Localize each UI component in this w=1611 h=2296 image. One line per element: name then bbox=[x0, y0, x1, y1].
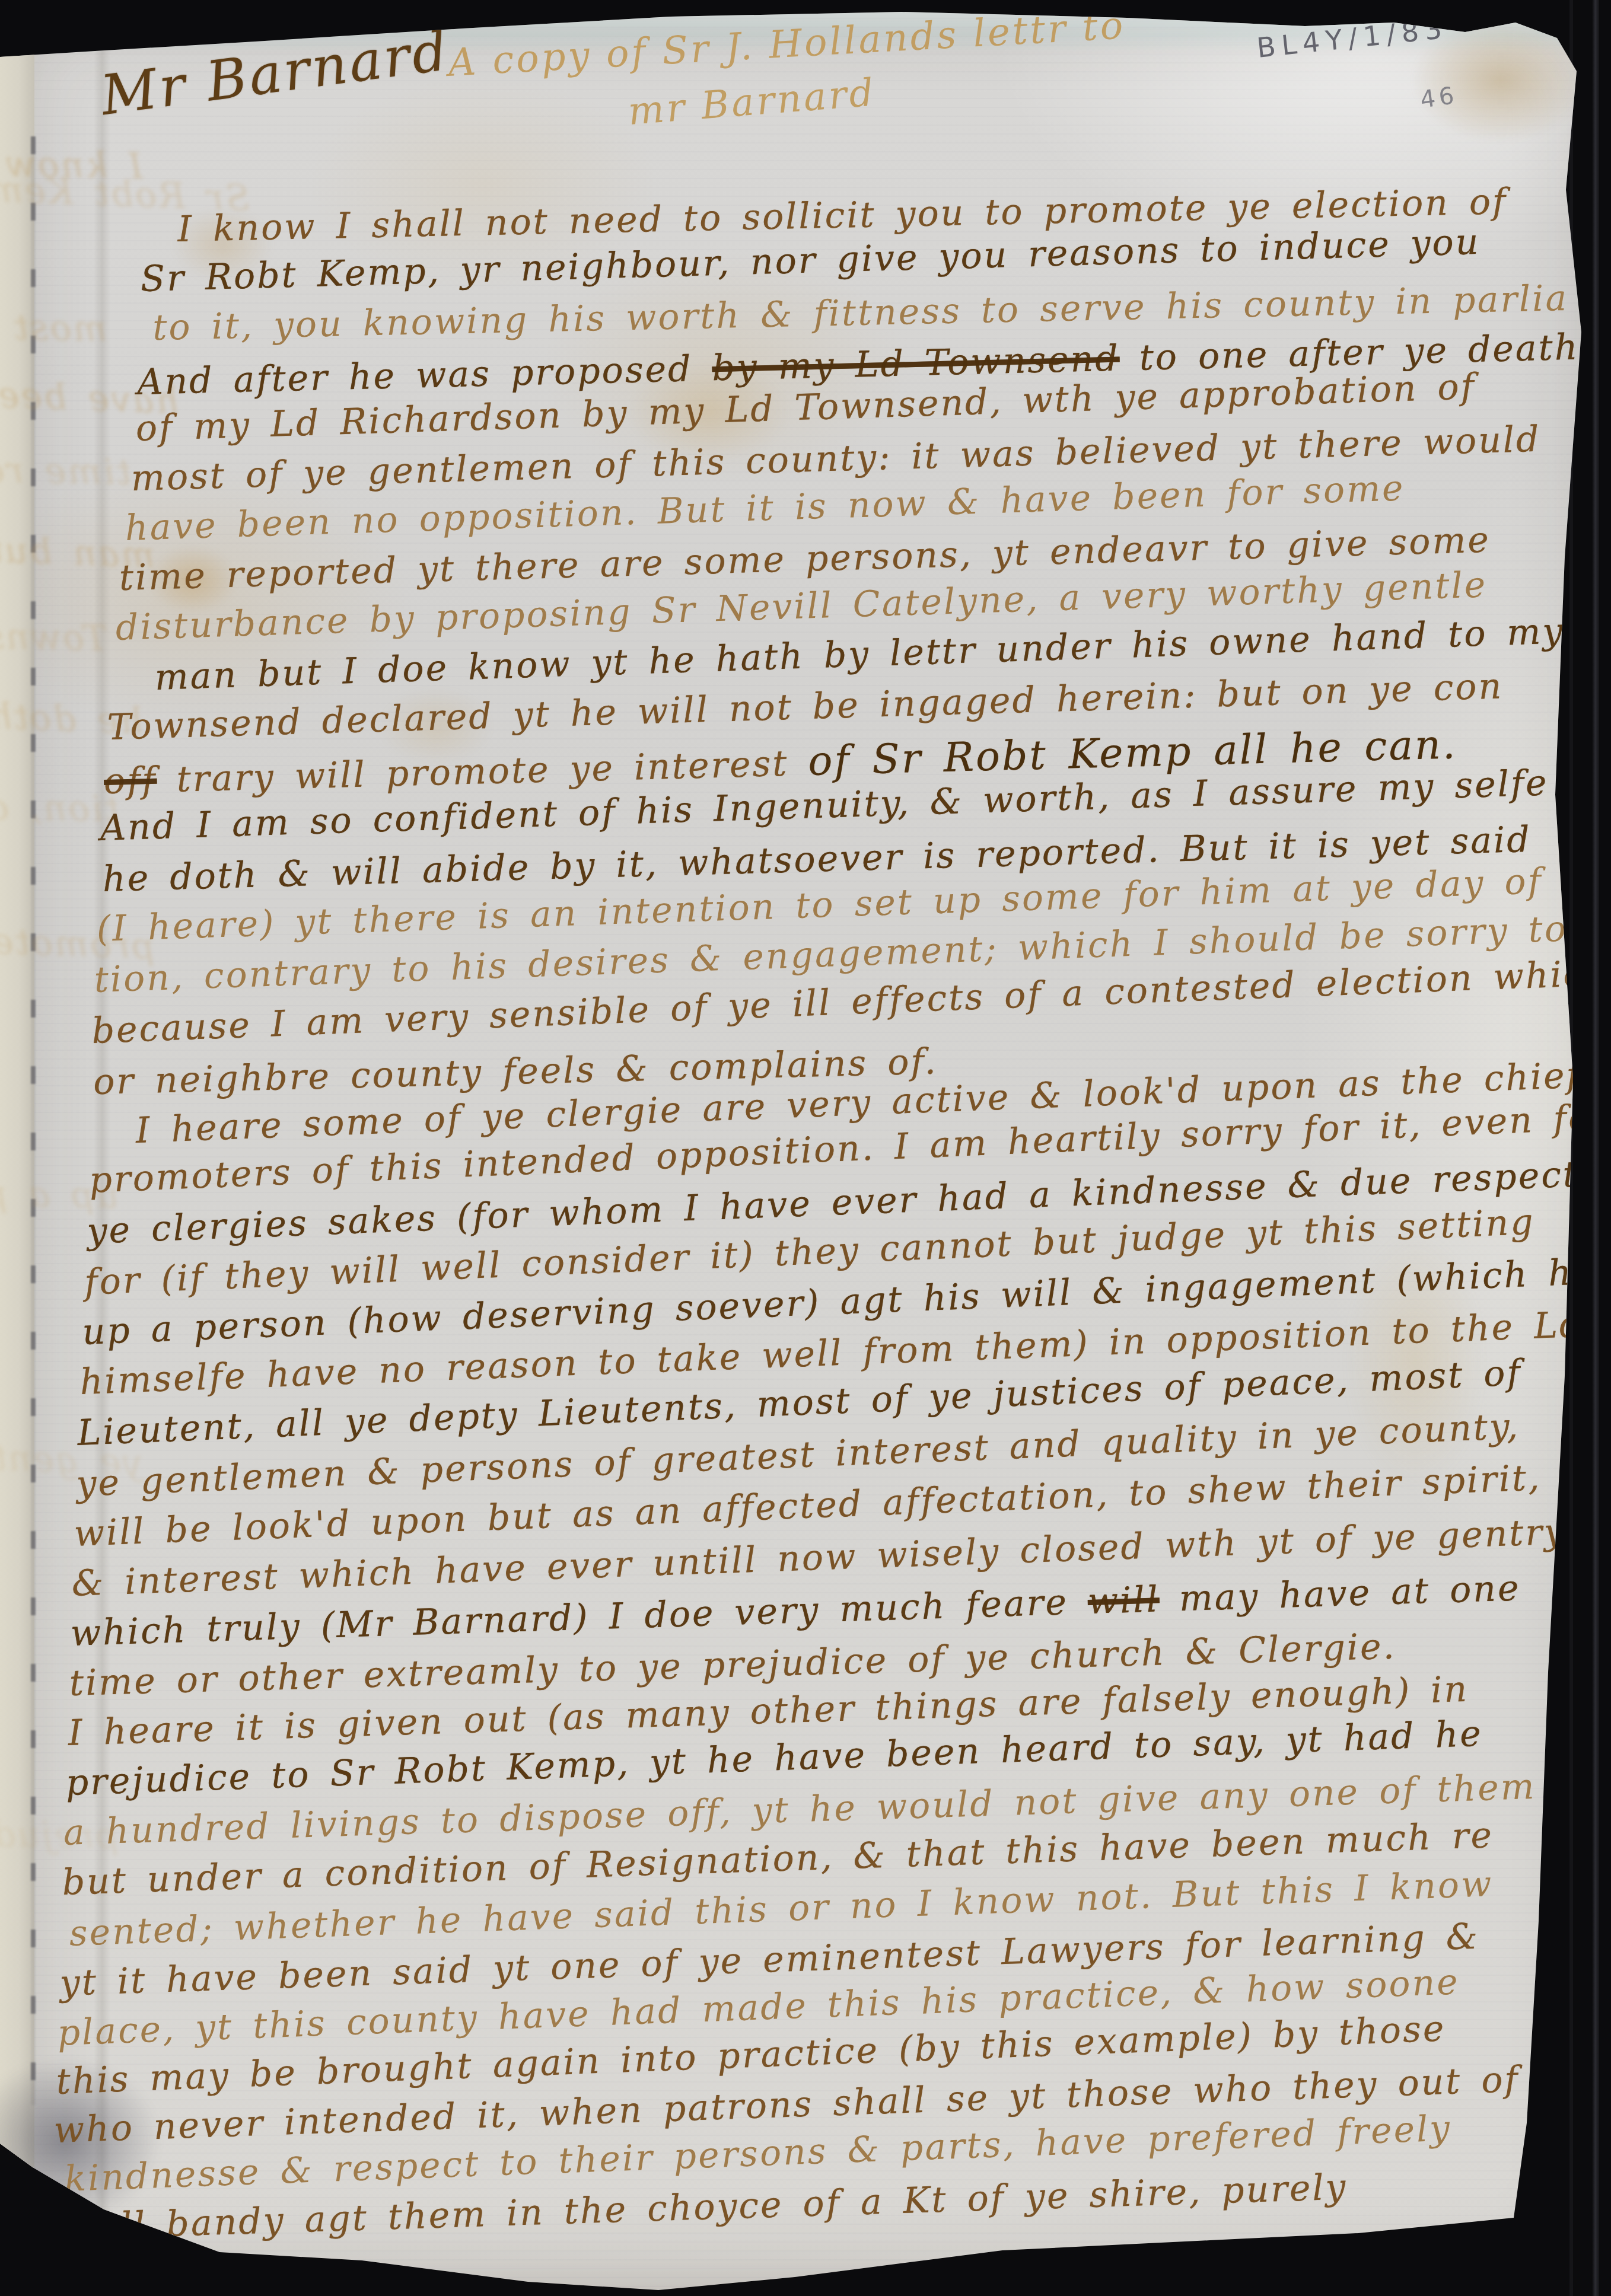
salutation: Mr Barnard bbox=[97, 19, 453, 127]
docket-title-line1: A copy of Sr J. Hollands lettr to bbox=[447, 4, 1126, 85]
mount-spine-ridge bbox=[1592, 0, 1599, 2296]
docket-title-line2: mr Barnard bbox=[626, 71, 877, 134]
manuscript-page: I know I shall not need to sollicit you … bbox=[0, 0, 1611, 2296]
folio-number-pencil: 46 bbox=[1419, 82, 1460, 114]
archive-photograph: I know I shall not need to sollicit you … bbox=[0, 0, 1611, 2296]
letter-body: I know I shall not need to sollicit you … bbox=[0, 0, 1611, 2296]
shelfmark-pencil: BL4Y/1/83 bbox=[1255, 12, 1449, 64]
